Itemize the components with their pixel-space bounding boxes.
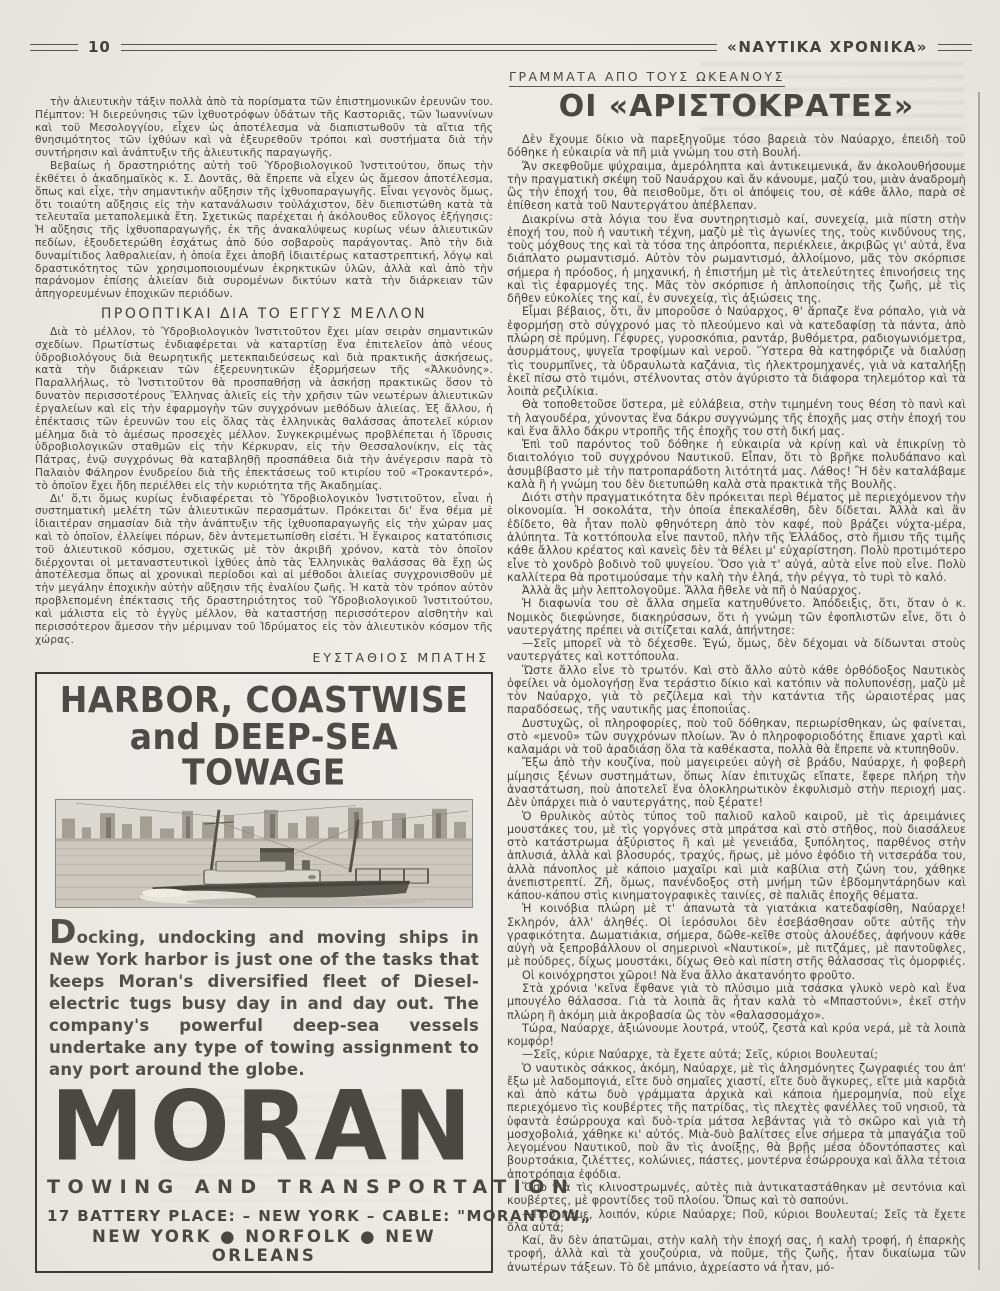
paragraph: —Σεῖς μπορεῖ νὰ τὸ δέχεσθε. Ἐγώ, ὅμως, δ… bbox=[507, 637, 966, 664]
ad-cities: NEW YORK ● NORFOLK ● NEW ORLEANS bbox=[47, 1227, 481, 1265]
paragraph: Ὅσο γιὰ τὶς κλινοστρωμνές, αὐτὲς πιὰ ἀντ… bbox=[507, 1181, 966, 1208]
left-column: τὴν ἁλιευτικὴν τάξιν πολλὰ ἀπὸ τὰ πορίσμ… bbox=[35, 96, 493, 1273]
page-edge-rule bbox=[978, 92, 980, 1270]
article-title: ΟΙ «ΑΡΙΣΤΟΚΡΑΤΕΣ» bbox=[507, 89, 966, 124]
letter-article-body: Δὲν ἔχουμε δίκιο νὰ παρεξηγοῦμε τόσο βαρ… bbox=[507, 133, 966, 1274]
paragraph: Δυστυχῶς, οἱ πληροφορίες, ποὺ τοῦ δόθηκα… bbox=[507, 717, 966, 757]
fisheries-article-mid: Διὰ τὸ μέλλον, τὸ Ὑδροβιολογικὸν Ἰνστιτο… bbox=[35, 326, 493, 646]
ad-headline: HARBOR, COASTWISE and DEEP-SEA TOWAGE bbox=[47, 682, 481, 791]
header-rule-left bbox=[30, 44, 78, 51]
ad-address: 17 BATTERY PLACE: – NEW YORK – CABLE: "M… bbox=[47, 1207, 481, 1225]
section-heading: ΠΡΟΟΠΤΙΚΑΙ ΔΙΑ ΤΟ ΕΓΓΥΣ ΜΕΛΛΟΝ bbox=[35, 306, 493, 322]
author-signature: ΕΥΣΤΑΘΙΟΣ ΜΠΑΤΗΣ bbox=[35, 650, 489, 665]
right-column: ΓΡΑΜΜΑΤΑ ΑΠΟ ΤΟΥΣ ΩΚΕΑΝΟΥΣ ΟΙ «ΑΡΙΣΤΟΚΡΑ… bbox=[507, 66, 966, 1274]
paragraph: Εἶμαι βέβαιος, ὅτι, ἂν μποροῦσε ὁ Ναύαρχ… bbox=[507, 305, 966, 398]
column-kicker: ΓΡΑΜΜΑΤΑ ΑΠΟ ΤΟΥΣ ΩΚΕΑΝΟΥΣ bbox=[509, 69, 785, 87]
paragraph: Διακρίνω στὰ λόγια του ἕνα συντηρητισμὸ … bbox=[507, 213, 966, 306]
paragraph: Ἡ διαφωνία του σὲ ἄλλα σημεῖα κατηυθύνετ… bbox=[507, 597, 966, 637]
paragraph: —Σεῖς, κύριε Ναύαρχε, τὰ ἔχετε αὐτά; Σεῖ… bbox=[507, 1048, 966, 1061]
paragraph: Ἔξω ἀπὸ τὴν κουζίνα, ποὺ μαγειρεύει αὐγὴ… bbox=[507, 756, 966, 809]
paragraph: Ὥστε ἄλλο εἶνε τὸ τρωτόν. Καὶ στὸ ἄλλο α… bbox=[507, 664, 966, 717]
paragraph: Ὁ θρυλικὸς αὐτὸς τύπος τοῦ παλιοῦ καλοῦ … bbox=[507, 810, 966, 903]
paragraph: Δι' ὅ,τι ὅμως κυρίως ἐνδιαφέρεται τὸ Ὑδρ… bbox=[35, 493, 493, 647]
paragraph: Διὰ τὸ μέλλον, τὸ Ὑδροβιολογικὸν Ἰνστιτο… bbox=[35, 326, 493, 493]
fisheries-article-top: τὴν ἁλιευτικὴν τάξιν πολλὰ ἀπὸ τὰ πορίσμ… bbox=[35, 96, 493, 301]
paragraph: Τώρα, Ναύαρχε, ἀξιώνουμε λουτρά, ντούζ, … bbox=[507, 1022, 966, 1049]
ad-headline-line2: and DEEP-SEA TOWAGE bbox=[47, 719, 481, 792]
tugboat-photo bbox=[55, 799, 473, 908]
page-header: 10 «ΝΑΥΤΙΚΑ ΧΡΟΝΙΚΑ» bbox=[30, 38, 972, 56]
paragraph: Ἄν σκεφθοῦμε ψύχραιμα, ἀμερόληπτα καὶ ἀν… bbox=[507, 160, 966, 213]
paragraph: Στὰ χρόνια 'κεῖνα ἔφθανε γιὰ τὸ πλύσιμο … bbox=[507, 982, 966, 1022]
paragraph: Βεβαίως ἡ δραστηριότης αὐτὴ τοῦ Ὑδροβιολ… bbox=[35, 160, 493, 301]
publication-title: «ΝΑΥΤΙΚΑ ΧΡΟΝΙΚΑ» bbox=[727, 38, 928, 56]
moran-advertisement: HARBOR, COASTWISE and DEEP-SEA TOWAGE bbox=[35, 672, 493, 1273]
paragraph: Ἐπὶ τοῦ παρόντος τοῦ δόθηκε ἡ εὐκαιρία ν… bbox=[507, 438, 966, 491]
paragraph: Καί, ἂν δὲν ἀπατῶμαι, στὴν καλὴ τὴν ἐποχ… bbox=[507, 1234, 966, 1274]
moran-logo: MORAN bbox=[47, 1082, 481, 1173]
magazine-page: 10 «ΝΑΥΤΙΚΑ ΧΡΟΝΙΚΑ» τὴν ἁλιευτικὴν τάξι… bbox=[0, 0, 1000, 1291]
page-number: 10 bbox=[88, 38, 111, 56]
header-rule-right bbox=[938, 44, 972, 51]
paragraph: Ὁ ναυτικὸς σάκκος, ἀκόμη, Ναύαρχε, μὲ τὶ… bbox=[507, 1062, 966, 1181]
paragraph: Ἀλλὰ ἂς μὴν λεπτολογοῦμε. Ἄλλα ἤθελε νὰ … bbox=[507, 584, 966, 597]
header-rule-middle bbox=[121, 44, 717, 51]
paragraph: —Ποῦ πᾶμε, λοιπόν, κύριε Ναύαρχε; Ποῦ, κ… bbox=[507, 1208, 966, 1235]
paragraph: Οἱ κοινόχρηστοι χῶροι! Νὰ ἕνα ἄλλο ἀκατα… bbox=[507, 969, 966, 982]
paragraph: Θὰ τοποθετοῦσε ὕστερα, μὲ εὐλάβεια, στὴν… bbox=[507, 398, 966, 438]
paragraph: Δὲν ἔχουμε δίκιο νὰ παρεξηγοῦμε τόσο βαρ… bbox=[507, 133, 966, 160]
paragraph: Ἡ κοινόβια πλώρη μὲ τ' ἀπανωτὰ τὰ γιατάκ… bbox=[507, 902, 966, 968]
ad-body-text: Docking, undocking and moving ships in N… bbox=[49, 920, 479, 1081]
paragraph: Διότι στὴν πραγματικότητα δὲν πρόκειται … bbox=[507, 491, 966, 584]
paragraph: τὴν ἁλιευτικὴν τάξιν πολλὰ ἀπὸ τὰ πορίσμ… bbox=[35, 96, 493, 160]
ad-headline-line1: HARBOR, COASTWISE bbox=[47, 682, 481, 718]
